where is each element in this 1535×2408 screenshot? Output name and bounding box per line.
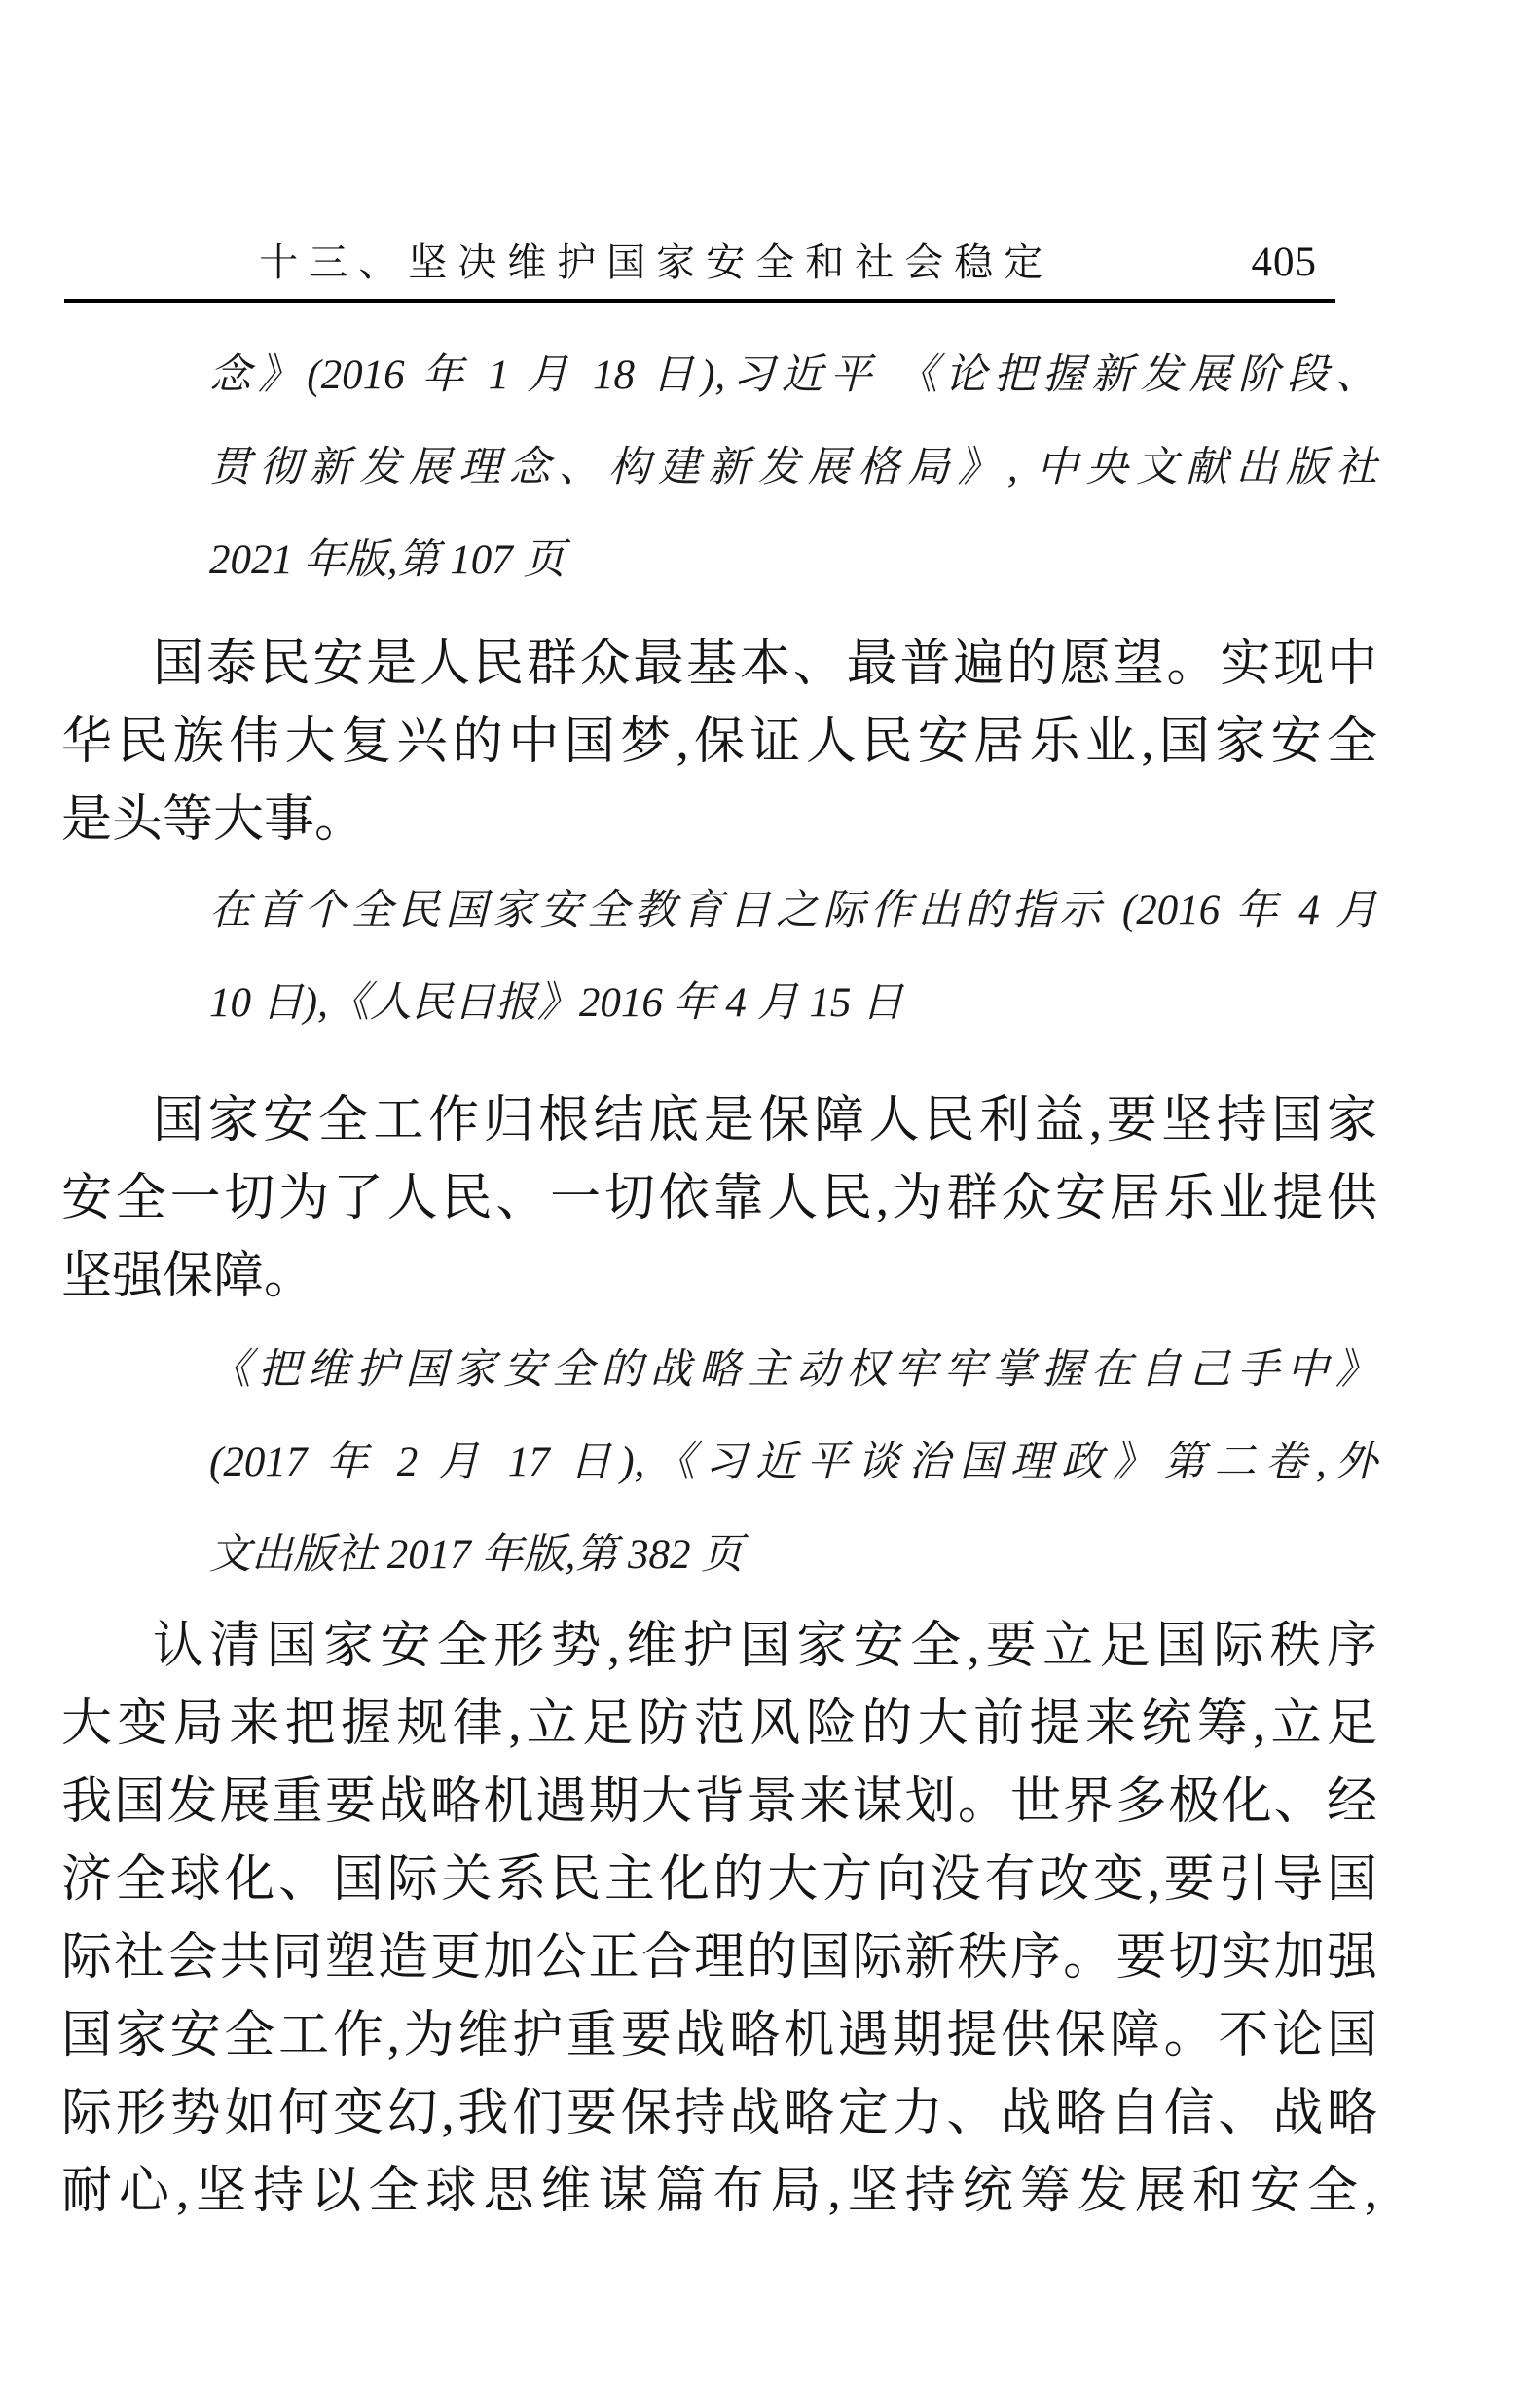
body-paragraph-2: 国家安全工作归根结底是保障人民利益,要坚持国家 安全一切为了人民、一切依靠人民,… <box>61 1082 1377 1316</box>
text-line: 国家安全工作归根结底是保障人民利益,要坚持国家 <box>61 1082 1377 1160</box>
citation-line: 10 日),《人民日报》2016 年 4 月 15 日 <box>209 957 1377 1049</box>
text-line: 大变局来把握规律,立足防范风险的大前提来统筹,立足 <box>61 1686 1377 1764</box>
citation-line: 贯彻新发展理念、构建新发展格局》, 中央文献出版社 <box>209 421 1377 514</box>
book-page: 十三、坚决维护国家安全和社会稳定 405 念》(2016 年 1 月 18 日)… <box>0 0 1535 2408</box>
text-line: 国泰民安是人民群众最基本、最普遍的愿望。实现中 <box>61 626 1377 704</box>
citation-line: 《把维护国家安全的战略主动权牢牢掌握在自己手中》 <box>209 1324 1377 1416</box>
text-line: 际社会共同塑造更加公正合理的国际新秩序。要切实加强 <box>61 1919 1377 1997</box>
text-line: 际形势如何变幻,我们要保持战略定力、战略自信、战略 <box>61 2075 1377 2153</box>
citation-line: (2017 年 2 月 17 日),《习近平谈治国理政》第二卷,外 <box>209 1416 1377 1509</box>
citation-block-1: 念》(2016 年 1 月 18 日),习近平 《论把握新发展阶段、 贯彻新发展… <box>209 329 1377 606</box>
page-number: 405 <box>1252 238 1318 286</box>
text-line: 是头等大事。 <box>61 782 1377 859</box>
citation-line: 文出版社 2017 年版,第 382 页 <box>209 1509 1377 1601</box>
citation-line: 在首个全民国家安全教育日之际作出的指示 (2016 年 4 月 <box>209 864 1377 957</box>
citation-line: 2021 年版,第 107 页 <box>209 514 1377 606</box>
text-line: 华民族伟大复兴的中国梦,保证人民安居乐业,国家安全 <box>61 704 1377 782</box>
text-line: 我国发展重要战略机遇期大背景来谋划。世界多极化、经 <box>61 1764 1377 1842</box>
text-line: 坚强保障。 <box>61 1238 1377 1316</box>
chapter-title: 十三、坚决维护国家安全和社会稳定 <box>61 232 1252 287</box>
text-line: 认清国家安全形势,维护国家安全,要立足国际秩序 <box>61 1608 1377 1686</box>
body-paragraph-3: 认清国家安全形势,维护国家安全,要立足国际秩序 大变局来把握规律,立足防范风险的… <box>61 1608 1377 2231</box>
citation-block-3: 《把维护国家安全的战略主动权牢牢掌握在自己手中》 (2017 年 2 月 17 … <box>209 1324 1377 1601</box>
text-line: 济全球化、国际关系民主化的大方向没有改变,要引导国 <box>61 1842 1377 1919</box>
text-line: 耐心,坚持以全球思维谋篇布局,坚持统筹发展和安全, <box>61 2153 1377 2231</box>
text-line: 安全一切为了人民、一切依靠人民,为群众安居乐业提供 <box>61 1160 1377 1238</box>
body-paragraph-1: 国泰民安是人民群众最基本、最普遍的愿望。实现中 华民族伟大复兴的中国梦,保证人民… <box>61 626 1377 859</box>
citation-line: 念》(2016 年 1 月 18 日),习近平 《论把握新发展阶段、 <box>209 329 1377 421</box>
text-line: 国家安全工作,为维护重要战略机遇期提供保障。不论国 <box>61 1997 1377 2075</box>
header-rule <box>64 299 1335 303</box>
citation-block-2: 在首个全民国家安全教育日之际作出的指示 (2016 年 4 月 10 日),《人… <box>209 864 1377 1049</box>
running-head: 十三、坚决维护国家安全和社会稳定 405 <box>61 232 1377 287</box>
